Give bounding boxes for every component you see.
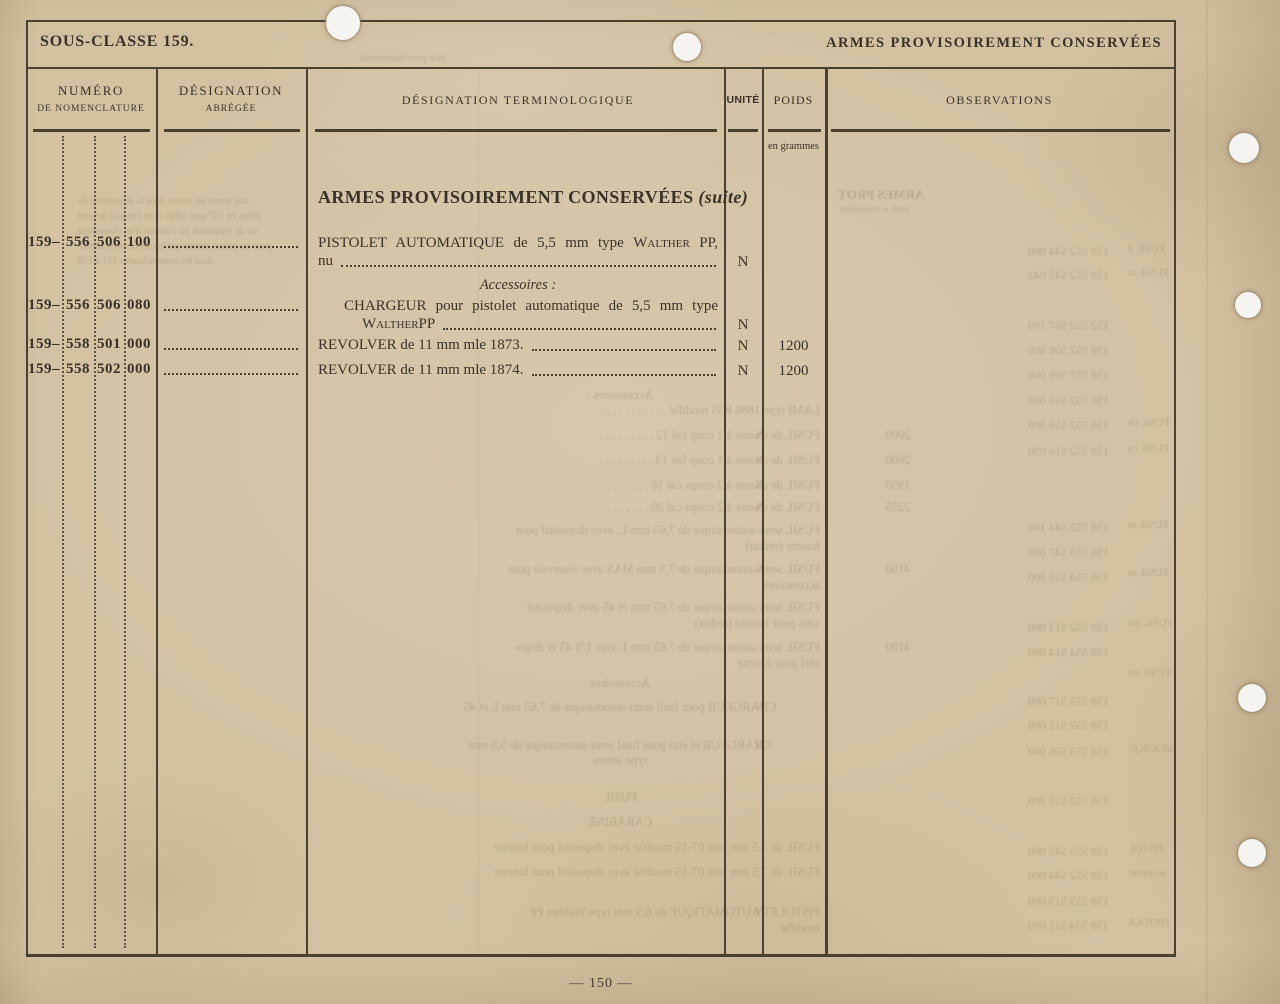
- frame-left-rule: [26, 20, 28, 954]
- bleedthrough-text: N: [745, 738, 775, 753]
- bleedthrough-text: FUSIL de 7,5 mm mle 07-15 modifié avec d…: [420, 865, 820, 880]
- bleedthrough-text: 1950: [868, 478, 928, 493]
- section-title-suite: (suite): [698, 187, 748, 207]
- nomenclature-dotted-divider: [62, 136, 64, 948]
- leader-dots: [532, 349, 716, 351]
- column-header-numero-sub: DE NOMENCLATURE: [26, 104, 156, 114]
- bleedthrough-text: aux armes en attente dans la disposition…: [78, 196, 249, 207]
- column-header-poids: POIDS: [762, 93, 825, 108]
- bleedthrough-text: FUSIL semi-automatique de 7,65 mm L. ave…: [420, 523, 820, 538]
- bleedthrough-text: 4180: [868, 640, 928, 655]
- frame-bottom-rule: [26, 954, 1176, 957]
- nomenclature-dotted-divider: [124, 136, 126, 948]
- bleedthrough-text: FUSIL mé: [1128, 618, 1172, 629]
- brand-name: Walther: [362, 315, 419, 334]
- bleedthrough-text: 159 552 512 000: [1028, 718, 1109, 733]
- bleedthrough-text: FUSIL de chasse à 1 coup fus 13 . . . . …: [420, 453, 820, 468]
- bleedthrough-text: PISTOL: [1128, 844, 1163, 855]
- bleedthrough-text: 159 553 556 000: [1028, 744, 1109, 759]
- designation-line: CHARGEUR pour pistolet automatique de 5,…: [344, 297, 718, 316]
- bleedthrough-text: 159 554 515 000: [1028, 570, 1109, 585]
- bleedthrough-text: modifié: [420, 921, 820, 936]
- bleedthrough-text: 159 552 510 000: [1028, 393, 1109, 408]
- leader-dots: [443, 328, 716, 330]
- nomenclature-number: 000: [127, 361, 151, 378]
- bleedthrough-text: 159 552 519 000: [1028, 794, 1109, 809]
- bleedthrough-text: 159 552 544 000: [1028, 868, 1109, 883]
- bleedthrough-text: accessoires: [420, 578, 820, 593]
- punch-hole: [1238, 684, 1266, 712]
- column-underline: [831, 129, 1170, 132]
- bleedthrough-text: 2000: [868, 428, 928, 443]
- bleedthrough-text: accessoir: [1128, 868, 1166, 879]
- bleedthrough-text: N: [745, 478, 775, 493]
- nomenclature-number: 506: [97, 297, 121, 314]
- section-title: ARMES PROVISOIREMENT CONSERVÉES (suite): [318, 187, 748, 208]
- unite-value: N: [724, 362, 762, 381]
- column-underline: [33, 129, 150, 132]
- unite-value: N: [724, 253, 762, 272]
- bleedthrough-text: 152 552 507 100: [1028, 318, 1109, 333]
- bleedthrough-text: MOUSQU: [1128, 744, 1174, 755]
- nomenclature-number: 000: [127, 336, 151, 353]
- bleedthrough-text: CARABINE: [420, 815, 820, 830]
- subclass-title: SOUS-CLASSE 159.: [40, 33, 194, 51]
- page-number: — 150 —: [26, 976, 1176, 992]
- bleedthrough-text: celles en 157 sont celles dont l'emploi …: [78, 211, 261, 222]
- bleedthrough-text: FUSIL de chasse à 2 coups cal 20 . . . .…: [420, 500, 820, 515]
- bleedthrough-text: 159 554 514 000: [1028, 645, 1109, 660]
- designation-text: PP: [419, 315, 436, 334]
- nomenclature-number: 501: [97, 336, 121, 353]
- abregee-leader-dots: [164, 246, 298, 248]
- bleedthrough-text: FUSIL se: [1128, 568, 1168, 579]
- bleedthrough-text: 159 552 518 000: [1028, 418, 1109, 433]
- frame-top-rule: [26, 20, 1176, 22]
- bleedthrough-text: 159 552 545 042: [1028, 268, 1109, 283]
- bleedthrough-text: PISTOLE: [1128, 918, 1170, 929]
- nomenclature-number: 558: [66, 361, 90, 378]
- bleedthrough-text: FUSIL ca: [1128, 444, 1169, 455]
- bleedthrough-text: N: [745, 905, 775, 920]
- page-title: ARMES PROVISOIREMENT CONSERVÉES: [700, 35, 1162, 52]
- bleedthrough-text: 159 552 544 000: [1028, 244, 1109, 259]
- bleedthrough-text: FUSIL 2: [1128, 244, 1165, 255]
- bleedthrough-text: N: [745, 562, 775, 577]
- nomenclature-number: 558: [66, 336, 90, 353]
- bleedthrough-text: 159 553 545 000: [1028, 844, 1109, 859]
- bleedthrough-text: mod. et conservées: [840, 204, 909, 214]
- bleedthrough-text: FUSIL semi-automatique de 7,65 mm et 45 …: [420, 600, 820, 615]
- bleedthrough-text: 159 553 547 000: [1028, 545, 1109, 560]
- bleedthrough-text: FUSIL se: [1128, 520, 1168, 531]
- designation-line: REVOLVER de 11 mm mle 1873.: [318, 336, 718, 355]
- bleedthrough-text: FUSIL ch: [1128, 418, 1169, 429]
- column-header-unite: UNITÉ: [723, 94, 763, 106]
- leader-dots: [341, 265, 716, 267]
- nomenclature-number: 100: [127, 234, 151, 251]
- bleedthrough-text: état provisoirement: [360, 52, 445, 64]
- poids-unit-note: en grammes: [762, 141, 825, 153]
- designation-line: REVOLVER de 11 mm mle 1874.: [318, 361, 718, 380]
- abregee-leader-dots: [164, 309, 298, 311]
- column-divider: [825, 68, 828, 954]
- bleedthrough-text: Accessoires: [420, 676, 820, 691]
- column-underline: [315, 129, 717, 132]
- bleedthrough-text: 159 552 508 000: [1028, 343, 1109, 358]
- column-header-observations: OBSERVATIONS: [825, 93, 1174, 108]
- abregee-leader-dots: [164, 348, 298, 350]
- nomenclature-number: 159–: [28, 234, 60, 251]
- nomenclature-number: 159–: [28, 336, 60, 353]
- bleedthrough-text: 159 553 513 000: [1028, 894, 1109, 909]
- frame-right-rule: [1174, 20, 1176, 954]
- nomenclature-number: 556: [66, 234, 90, 251]
- bleedthrough-text: FUSIL: [420, 790, 820, 805]
- scanned-document-page: état provisoirementaux armes en attente …: [0, 0, 1280, 1004]
- paper-crease: [1206, 0, 1208, 1004]
- nomenclature-number: 159–: [28, 297, 60, 314]
- bleedthrough-text: 159 557 509 060: [1028, 368, 1109, 383]
- bleedthrough-text: sans pour lunette (réduit): [420, 616, 820, 631]
- designation-line: Walther PP: [362, 315, 718, 334]
- bleedthrough-text: N: [745, 453, 775, 468]
- poids-value: 1200: [762, 337, 825, 356]
- punch-hole: [673, 33, 701, 61]
- column-header-numero: NUMÉRO: [26, 83, 156, 99]
- designation-text: nu: [318, 252, 333, 271]
- unite-value: N: [724, 337, 762, 356]
- designation-line: nu: [318, 252, 718, 271]
- abregee-leader-dots: [164, 373, 298, 375]
- column-header-terminologique: DÉSIGNATION TERMINOLOGIQUE: [318, 93, 718, 108]
- column-underline: [164, 129, 300, 132]
- designation-line: PISTOLET AUTOMATIQUE de 5,5 mm type Walt…: [318, 234, 718, 253]
- bleedthrough-text: FUSIL semi-automatique de 7,65 mm L avec…: [420, 640, 820, 655]
- bleedthrough-text: sitif pour lunette: [420, 656, 820, 671]
- column-header-abregee-sub: ABRÉGÉE: [156, 104, 306, 114]
- bleedthrough-text: FUSIL sa: [1128, 268, 1168, 279]
- bleedthrough-text: 159 554 511 000: [1028, 918, 1109, 933]
- leader-dots: [532, 374, 716, 376]
- subsection-label: Accessoires :: [318, 277, 718, 294]
- bleedthrough-text: FUSIL de 7,5 mm mle 07-15 modifié avec d…: [420, 840, 820, 855]
- brand-name: Walther: [633, 235, 690, 251]
- bleedthrough-text: 159 553 517 000: [1028, 694, 1109, 709]
- bleedthrough-text: FUSIL mi: [1128, 668, 1171, 679]
- punch-hole: [1229, 133, 1259, 163]
- unite-value: N: [724, 316, 762, 335]
- designation-text: REVOLVER de 11 mm mle 1873.: [318, 336, 524, 355]
- bleedthrough-text: type armes: [420, 753, 820, 768]
- designation-text: PISTOLET AUTOMATIQUE de 5,5 mm type: [318, 235, 633, 251]
- bleedthrough-text: FUSIL de chasse à 2 coups cal 16 . . . .…: [420, 478, 820, 493]
- designation-text: PP,: [690, 235, 718, 251]
- nomenclature-dotted-divider: [94, 136, 96, 948]
- nomenclature-number: 159–: [28, 361, 60, 378]
- poids-value: 1200: [762, 362, 825, 381]
- punch-hole: [1238, 839, 1266, 867]
- bleedthrough-text: lunette (réduit): [420, 539, 820, 554]
- column-divider: [156, 68, 158, 954]
- bleedthrough-text: ARMES PROT: [838, 187, 924, 203]
- bleedthrough-text: 2600: [868, 453, 928, 468]
- bleedthrough-text: dans les nomenclatures 151 à 158: [78, 256, 213, 267]
- bleedthrough-text: N: [745, 500, 775, 515]
- column-divider: [762, 68, 764, 954]
- bleedthrough-text: N: [745, 700, 775, 715]
- column-underline: [768, 129, 821, 132]
- designation-text: REVOLVER de 11 mm mle 1874.: [318, 361, 524, 380]
- bleedthrough-text: N: [745, 428, 775, 443]
- bleedthrough-text: 159 552 544 100: [1028, 520, 1109, 535]
- bleedthrough-text: CHARGEUR et étui pour fusil semi-automat…: [420, 738, 820, 753]
- bleedthrough-text: Accessoires :: [420, 388, 820, 403]
- bleedthrough-text: 159 552 516 050: [1028, 444, 1109, 459]
- punch-hole: [326, 6, 360, 40]
- bleedthrough-text: FUSIL semi-automatique de 7,5 mm MAS ave…: [420, 562, 820, 577]
- column-divider: [306, 68, 308, 954]
- bleedthrough-text: LAMI type 1886 R35 modifié . . . . . . .…: [420, 403, 820, 418]
- bleedthrough-text: PISTOLET AUTOMATIQUE de 6,5 mm type Walt…: [420, 905, 820, 920]
- nomenclature-number: 556: [66, 297, 90, 314]
- bleedthrough-layer: état provisoirementaux armes en attente …: [0, 0, 1280, 1004]
- section-title-text: ARMES PROVISOIREMENT CONSERVÉES: [318, 187, 698, 207]
- nomenclature-number: 080: [127, 297, 151, 314]
- nomenclature-number: 502: [97, 361, 121, 378]
- column-header-abregee: DÉSIGNATION: [156, 83, 306, 99]
- header-separator-rule: [26, 67, 1176, 69]
- nomenclature-number: 506: [97, 234, 121, 251]
- bleedthrough-text: 4160: [868, 562, 928, 577]
- bleedthrough-text: FUSIL de chasse à 1 coup cal 12 . . . . …: [420, 428, 820, 443]
- bleedthrough-text: 159 552 513 000: [1028, 620, 1109, 635]
- bleedthrough-text: 2255: [868, 500, 928, 515]
- punch-hole: [1235, 292, 1261, 318]
- bleedthrough-text: CHARGEUR pour fusil semi-automatique de …: [420, 700, 820, 715]
- column-underline: [728, 129, 758, 132]
